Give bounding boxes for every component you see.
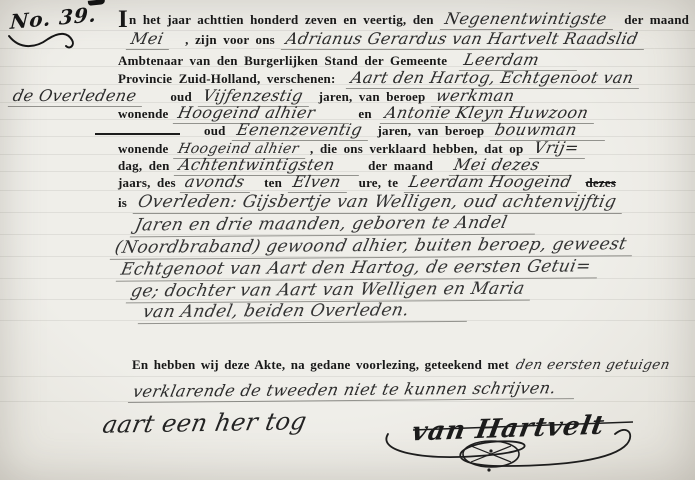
printed-text: oud xyxy=(204,123,226,138)
scan-line xyxy=(0,376,695,377)
handwritten-death-place: Leerdam Hoogeind xyxy=(404,172,582,193)
scan-line xyxy=(0,401,695,402)
printed-text: wonende xyxy=(118,106,169,121)
line-deceased-name: is Overleden: Gijsbertje van Welligen, o… xyxy=(118,192,624,214)
line-registrar: Mei , zijn voor ons Adrianus Gerardus va… xyxy=(128,29,646,50)
blank-dash xyxy=(95,121,180,135)
printed-text: en xyxy=(358,106,371,121)
handwritten-month: Mei xyxy=(126,29,174,50)
printed-text: , zijn voor ons xyxy=(185,32,275,47)
printed-text: oud xyxy=(170,89,192,104)
printed-text: , die ons verklaard hebben, dat op xyxy=(310,141,523,156)
signature-witness1: aart een her tog xyxy=(103,407,307,439)
printed-text: wonende xyxy=(118,141,169,156)
handwritten-daypart: avonds xyxy=(179,172,254,193)
handwritten-text: van Andel, beiden Overleden. xyxy=(138,300,471,324)
printed-text: Provincie Zuid-Holland, verschenen: xyxy=(118,71,336,86)
line-deceased-parents2: van Andel, beiden Overleden. xyxy=(140,300,469,324)
printed-text: ten xyxy=(264,175,282,190)
handwritten-signature: aart een her tog xyxy=(100,407,309,439)
printed-text: is xyxy=(118,195,127,210)
printed-text: Ambtenaar van den Burgerlijken Stand der… xyxy=(118,53,447,68)
line-opening-date: In het jaar achttien honderd zeven en ve… xyxy=(118,9,689,30)
handwritten-text: verklarende de tweeden niet te kunnen sc… xyxy=(128,378,578,403)
line-deceased-parents: ge; dochter van Aart van Welligen en Mar… xyxy=(128,279,532,304)
handwritten-day: Negenentwintigste xyxy=(439,9,616,30)
printed-text: dag, den xyxy=(118,158,170,173)
handwritten-hour: Elven xyxy=(288,172,351,193)
printed-text-struck: dezes xyxy=(585,175,616,190)
printed-text: jaars, des xyxy=(118,175,176,190)
line-closing2: verklarende de tweeden niet te kunnen sc… xyxy=(130,378,576,403)
printed-text: jaren, van beroep xyxy=(378,123,485,138)
printed-text: En hebben wij deze Akte, na gedane voorl… xyxy=(132,357,509,372)
printed-dropcap: I xyxy=(118,6,128,33)
line-closing: En hebben wij deze Akte, na gedane voorl… xyxy=(132,356,670,374)
line-deceased-age-birthplace: Jaren en drie maanden, geboren te Andel xyxy=(132,213,537,238)
handwritten-deceased-name: Overleden: Gijsbertje van Welligen, oud … xyxy=(133,192,627,214)
line-death-time-place: jaars, des avonds ten Elven ure, te Leer… xyxy=(118,172,616,193)
act-number: No. 39. xyxy=(10,6,97,30)
handwritten-text: ge; dochter van Aart van Welligen en Mar… xyxy=(126,279,535,304)
death-certificate-scan: No. 39. In het jaar achttien honderd zev… xyxy=(0,0,695,480)
handwritten-text: den eersten getuigen xyxy=(514,357,671,373)
printed-text: jaren, van beroep xyxy=(319,89,426,104)
handwritten-text: Jaren en drie maanden, geboren te Andel xyxy=(130,213,539,238)
act-number-flourish xyxy=(6,30,92,54)
printed-text: n het jaar achttien honderd zeven en vee… xyxy=(129,12,434,27)
printed-text: der maand xyxy=(624,12,689,27)
handwritten-registrar-name: Adrianus Gerardus van Hartvelt Raadslid xyxy=(281,29,648,50)
printed-text: der maand xyxy=(368,158,433,173)
printed-text: ure, te xyxy=(359,175,399,190)
signature-flourish xyxy=(383,408,653,478)
